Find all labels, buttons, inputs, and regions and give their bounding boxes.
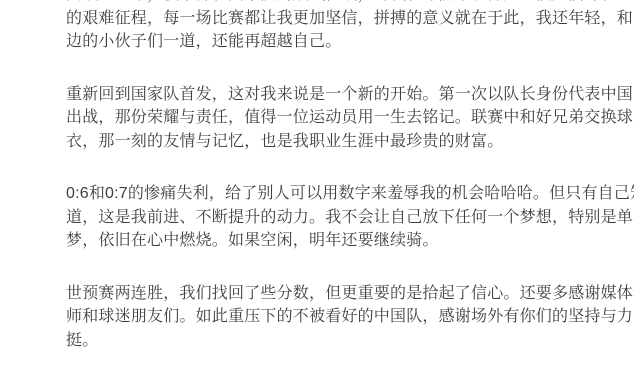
text-line-clipped: 回顾这一年，俱乐部和国家队的双线征战，对我和球队来说都是一段充满考验: [66, 0, 634, 7]
text-line: 师和球迷朋友们。如此重压下的不被看好的中国队，感谢场外有你们的坚持与力: [66, 305, 634, 329]
text-line: 0:6和0:7的惨痛失利，给了别人可以用数字来羞辱我的机会哈哈哈。但只有自己知: [66, 182, 634, 206]
text-line: 挺。: [66, 329, 634, 353]
text-line: 出战，那份荣耀与责任，值得一位运动员用一生去铭记。联赛中和好兄弟交换球: [66, 106, 634, 130]
text-line: 世预赛两连胜，我们找回了些分数，但更重要的是拾起了信心。还要多感谢媒体老: [66, 282, 634, 306]
paragraph-3: 0:6和0:7的惨痛失利，给了别人可以用数字来羞辱我的机会哈哈哈。但只有自己知 …: [66, 182, 634, 253]
text-line: 衣，那一刻的友情与记忆，也是我职业生涯中最珍贵的财富。: [66, 130, 634, 154]
paragraph-1: 回顾这一年，俱乐部和国家队的双线征战，对我和球队来说都是一段充满考验 的艰难征程…: [66, 0, 634, 54]
text-line: 重新回到国家队首发，这对我来说是一个新的开始。第一次以队长身份代表中国队: [66, 83, 634, 107]
text-line: 的艰难征程，每一场比赛都让我更加坚信，拼搏的意义就在于此，我还年轻，和身: [66, 7, 634, 31]
text-line: 梦，依旧在心中燃烧。如果空闲，明年还要继续骑。: [66, 229, 634, 253]
text-line: 道，这是我前进、不断提升的动力。我不会让自己放下任何一个梦想，特别是单车: [66, 206, 634, 230]
post-text: 回顾这一年，俱乐部和国家队的双线征战，对我和球队来说都是一段充满考验 的艰难征程…: [66, 0, 634, 380]
text-line: 边的小伙子们一道，还能再超越自己。: [66, 30, 634, 54]
paragraph-2: 重新回到国家队首发，这对我来说是一个新的开始。第一次以队长身份代表中国队 出战，…: [66, 83, 634, 154]
paragraph-4: 世预赛两连胜，我们找回了些分数，但更重要的是拾起了信心。还要多感谢媒体老 师和球…: [66, 282, 634, 353]
